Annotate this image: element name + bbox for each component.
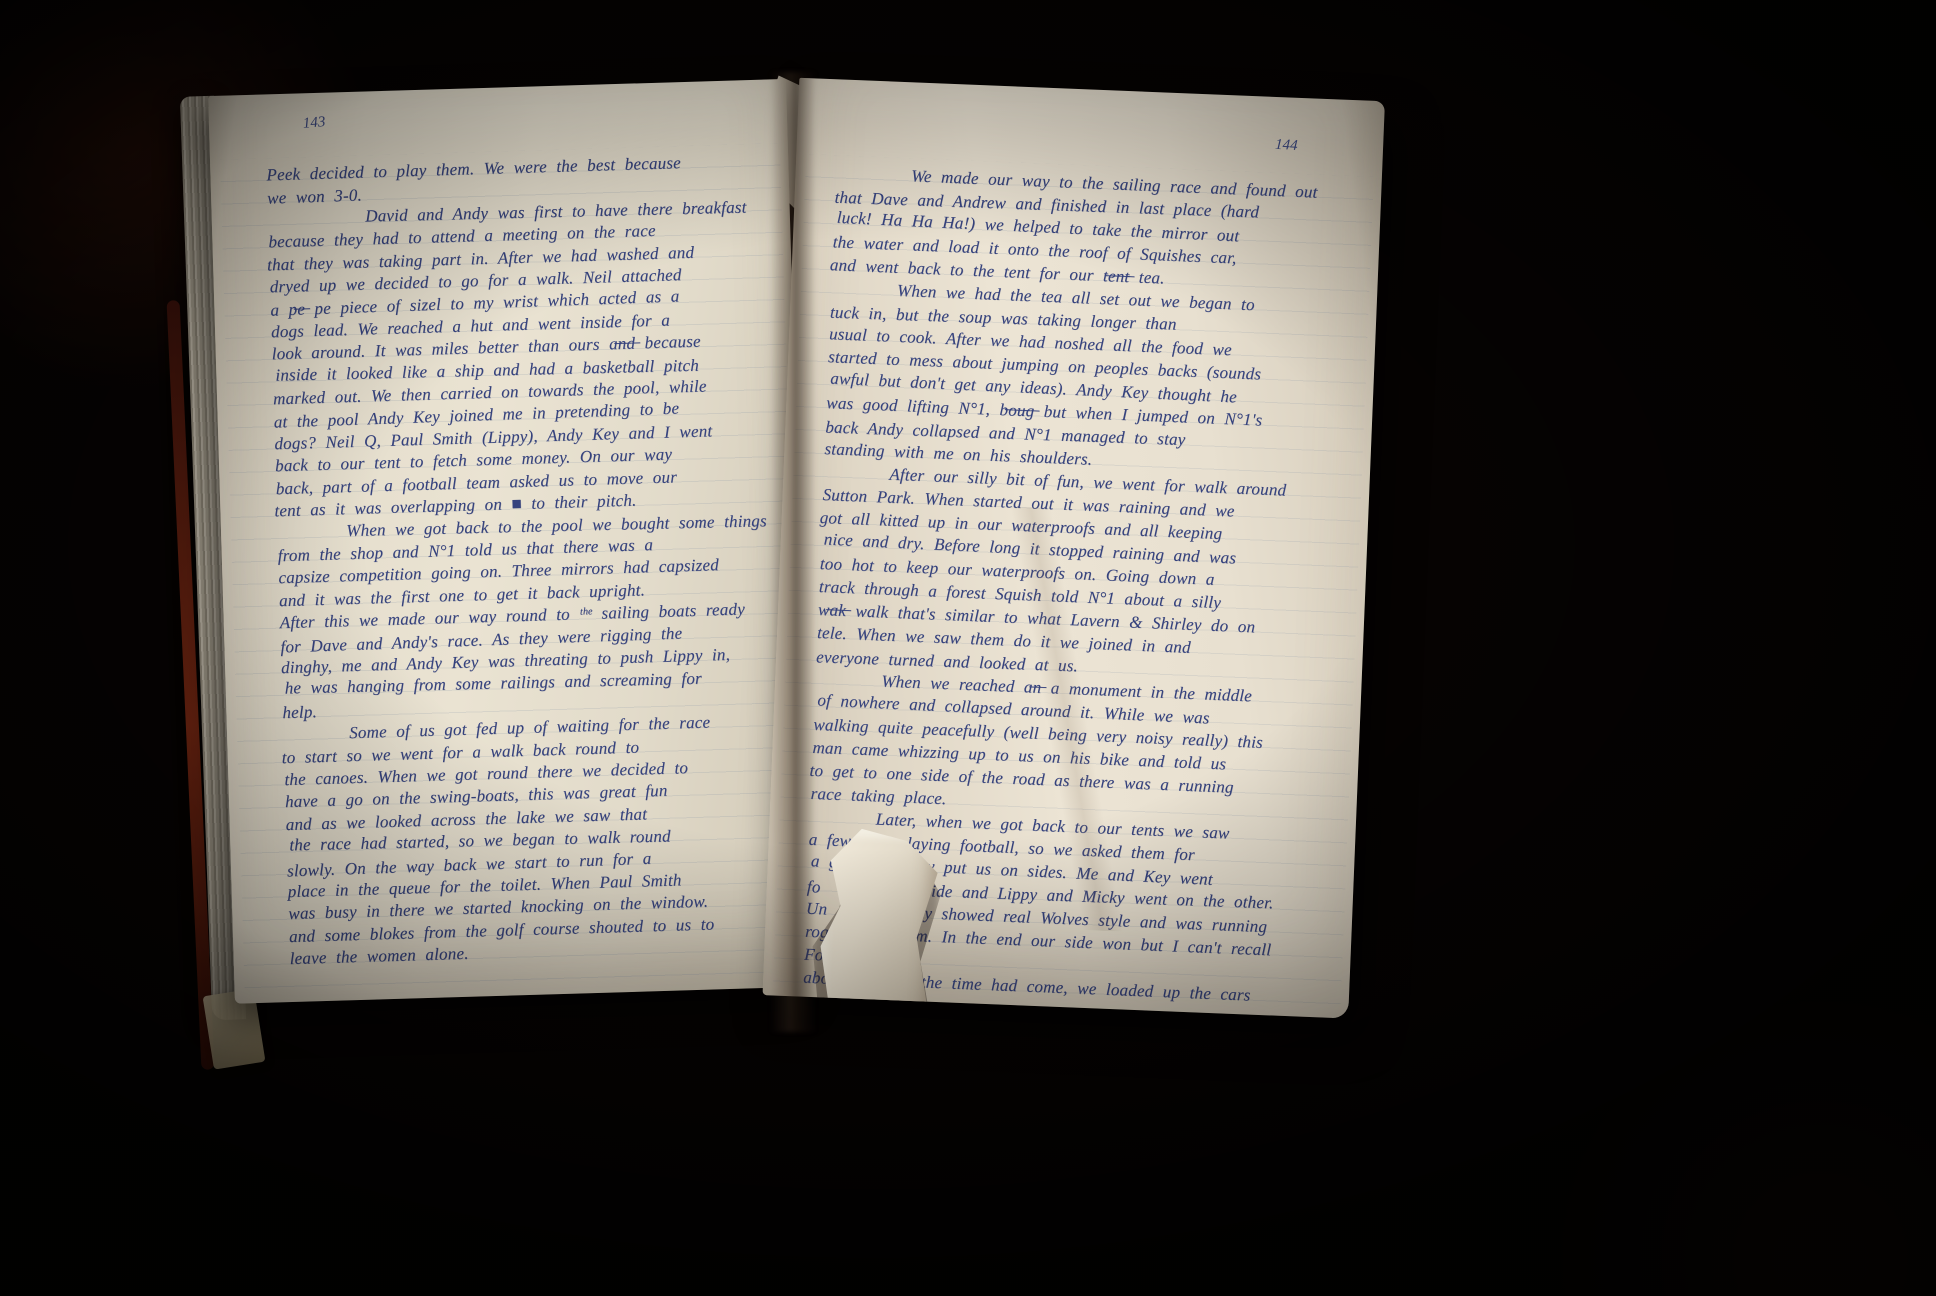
left-page: 143 Peek decided to play them. We were t…: [208, 79, 813, 1004]
book-spine-gutter: [770, 72, 816, 1032]
page-number-right: 144: [1274, 137, 1297, 155]
handwritten-fragment: [923, 950, 924, 969]
page-number-left: 143: [302, 114, 326, 133]
torn-paper-flap: [817, 827, 939, 1018]
open-notebook: 143 Peek decided to play them. We were t…: [180, 50, 1410, 1090]
left-page-text: Peek decided to play them. We were the b…: [266, 149, 798, 970]
right-page: 144 We made our way to the sailing race …: [763, 78, 1385, 1019]
photo-scene: 143 Peek decided to play them. We were t…: [0, 0, 1936, 1296]
